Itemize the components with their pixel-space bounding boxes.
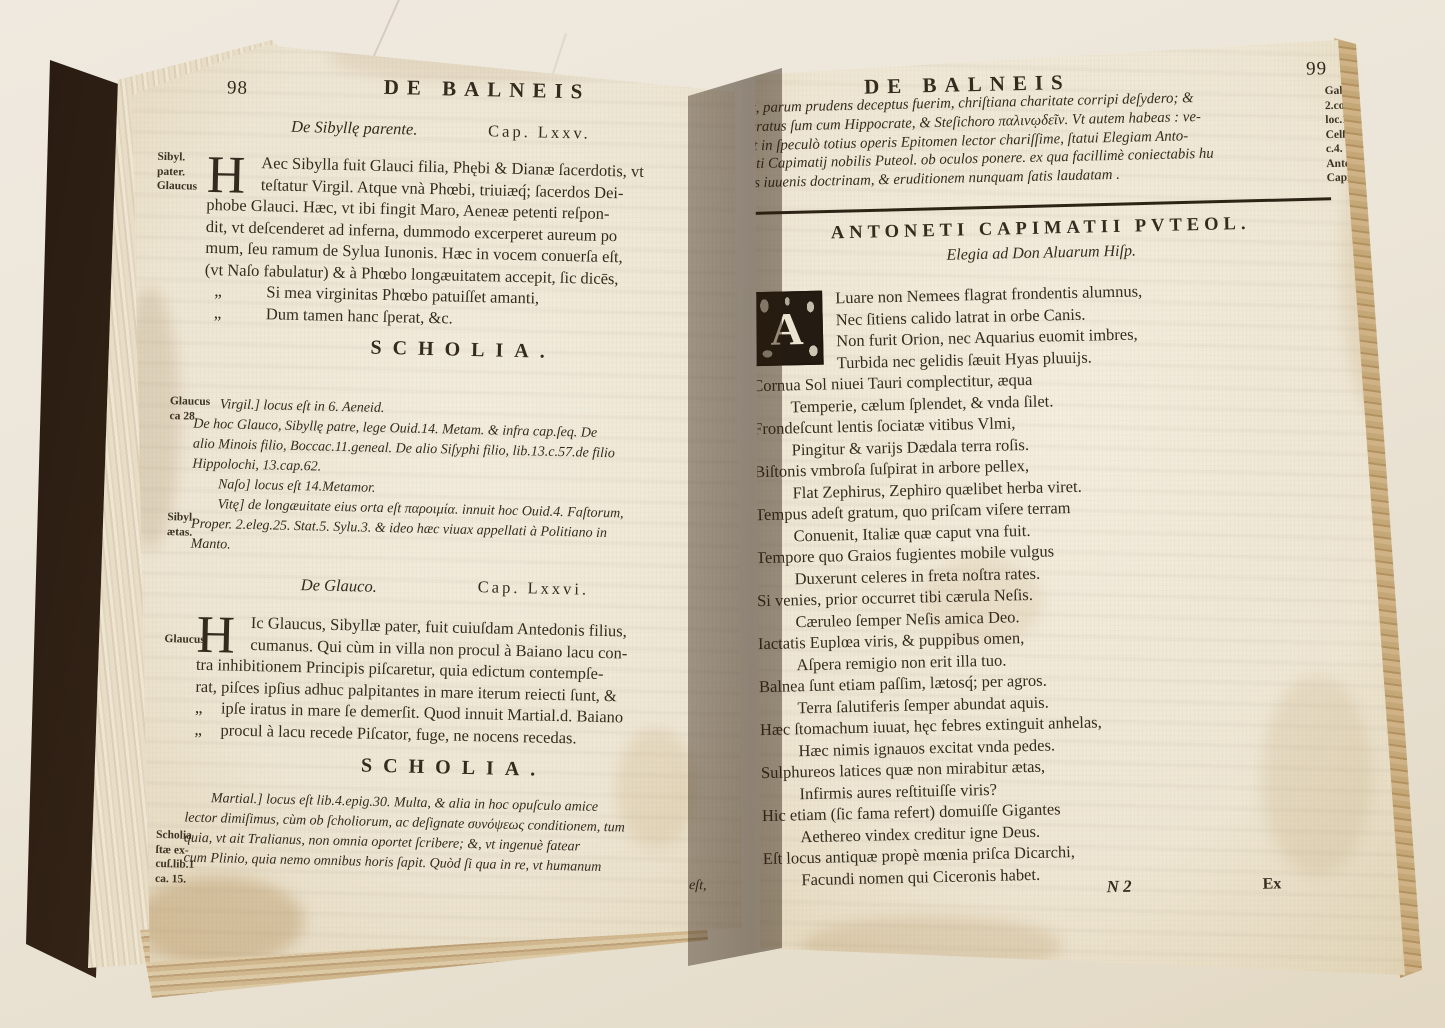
page-number: 99 <box>1306 58 1327 80</box>
decorated-initial-woodcut: A <box>750 291 824 367</box>
margin-note-line: Glaucus <box>157 179 198 194</box>
chapter-title: De Glauco. <box>301 575 378 597</box>
margin-note: Sibyl. pater. Glaucus <box>157 150 198 194</box>
left-page: 98 DE BALNEIS De Sibyllę parente. Cap. L… <box>128 38 746 973</box>
running-header: DE BALNEIS <box>322 73 652 105</box>
margin-note-line: Capim. <box>1326 170 1365 185</box>
paragraph-cap-76: H Ic Glaucus, Sibyllæ pater, fuit cuiuſd… <box>194 611 727 752</box>
margin-note-line: Sibyl. <box>157 150 198 165</box>
chapter-number: Cap. Lxxv. <box>488 121 591 143</box>
gathering-signature: N 2 <box>1106 877 1131 898</box>
elegy-poem: A Luare non Nemees flagrat frondentis al… <box>750 275 1408 891</box>
quote-mark: „ <box>204 280 266 303</box>
chapter-title: De Sibyllę parente. <box>291 117 418 140</box>
chapter-number: Cap. Lxxvi. <box>478 577 590 600</box>
line-turnover: eſt, <box>689 878 707 894</box>
margin-note-line: 2.comp. <box>1325 98 1364 113</box>
margin-note-line: Galen: <box>1324 83 1363 98</box>
section-rule <box>749 197 1331 214</box>
margin-note-line: loc.1. <box>1325 112 1364 127</box>
drop-cap: H <box>196 613 235 658</box>
scholia-block-75: Virgil.] locus eſt in 6. Aeneid. De hoc … <box>190 395 738 567</box>
scholia-heading: SCHOLIA. <box>193 751 713 786</box>
margin-note-line: Celſ.8. <box>1325 127 1364 142</box>
drop-cap: H <box>207 153 246 198</box>
margin-note-line: c.4. <box>1326 141 1365 156</box>
paragraph-cap-75: H Aec Sibylla fuit Glauci filia, Phębi &… <box>204 151 728 335</box>
quote-mark: „ <box>194 718 220 740</box>
page-number: 98 <box>227 77 248 99</box>
margin-note: Galen: 2.comp. loc.1. Celſ.8. c.4. Anton… <box>1324 83 1365 185</box>
margin-note-line: Anton. <box>1326 156 1365 171</box>
scholia-heading: SCHOLIA. <box>203 333 723 368</box>
catchword: Ex <box>1262 875 1281 893</box>
quote-mark: „ <box>204 301 266 324</box>
intro-paragraph: eſt, parum prudens deceptus fuerim, chri… <box>741 86 1318 193</box>
quote-mark: „ <box>195 697 221 719</box>
right-page: 99 DE BALNEIS eſt, parum prudens deceptu… <box>742 36 1414 986</box>
photo-of-antique-book: 98 DE BALNEIS De Sibyllę parente. Cap. L… <box>0 0 1445 1028</box>
scholia-block-76: Martial.] locus eſt lib.4.epig.30. Multa… <box>183 789 730 881</box>
quoted-verse-text: Dum tamen hanc ſperat, &c. <box>266 304 453 327</box>
margin-note-line: ca. 15. <box>155 871 194 886</box>
margin-note-line: pater. <box>157 164 198 179</box>
